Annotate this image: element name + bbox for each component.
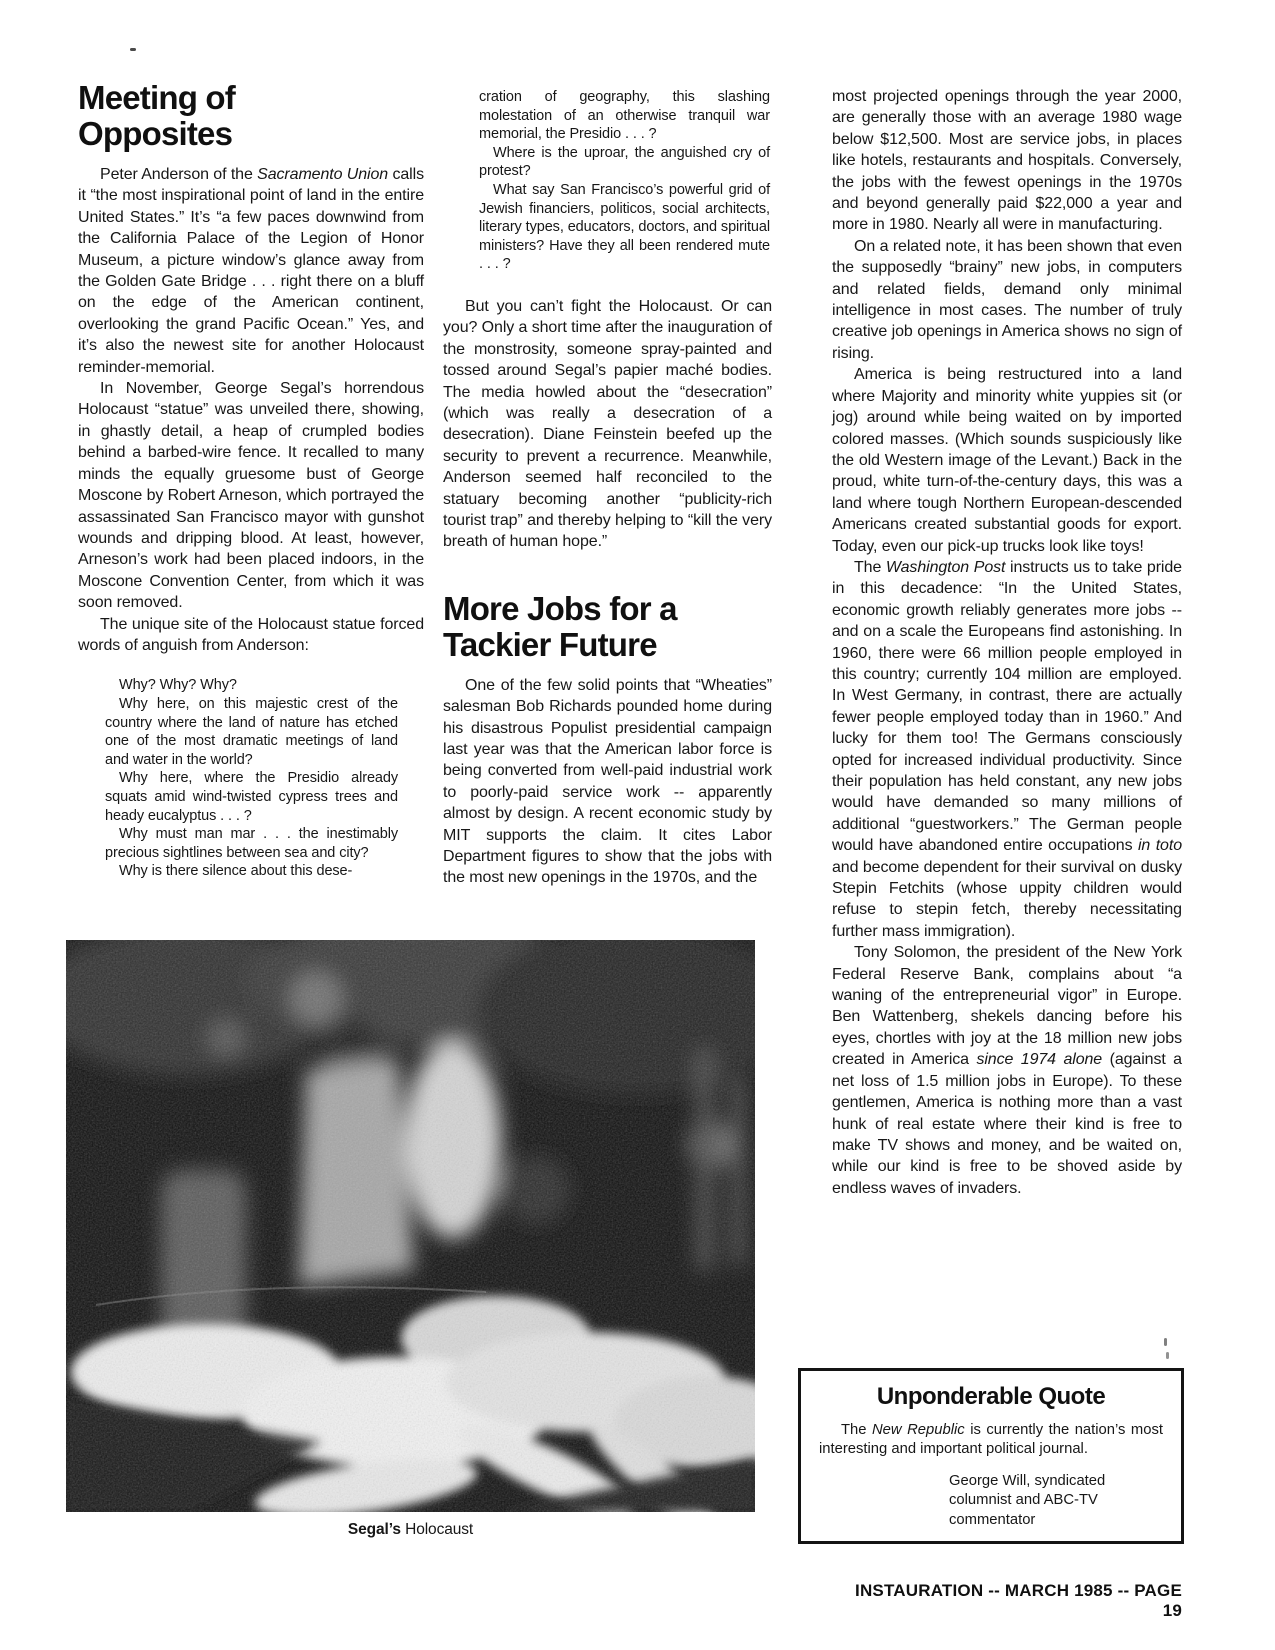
text-segment: in toto: [1138, 837, 1182, 854]
title-line: Meeting of: [78, 80, 424, 116]
text-segment: Peter Anderson of the: [100, 166, 257, 183]
quote-line: What say San Francisco’s powerful grid o…: [479, 181, 770, 274]
text-segment: Sacramento Union: [257, 166, 388, 183]
right-column: most projected openings through the year…: [832, 86, 1182, 1199]
body-paragraph: In November, George Segal’s horrendous H…: [78, 378, 424, 613]
page-footer: INSTAURATION -- MARCH 1985 -- PAGE 19: [832, 1581, 1182, 1621]
magazine-page: Meeting of Opposites Peter Anderson of t…: [0, 0, 1275, 1650]
body-paragraph: America is being restructured into a lan…: [832, 364, 1182, 557]
body-paragraph: most projected openings through the year…: [832, 86, 1182, 236]
text-segment: The unique site of the Holocaust statue …: [78, 616, 424, 654]
photo-caption: Segal’s Holocaust: [66, 1521, 755, 1539]
anderson-quote-continuation: cration of geography, this slashing mole…: [479, 88, 770, 274]
scan-speck: [1166, 1352, 1169, 1359]
text-segment: Tony Solomon, the president of the New Y…: [832, 944, 1182, 1068]
quote-line: Why must man mar . . . the inestimably p…: [105, 825, 398, 862]
quote-line: cration of geography, this slashing mole…: [479, 88, 770, 144]
body-paragraph: On a related note, it has been shown tha…: [832, 236, 1182, 364]
text-segment: The: [841, 1422, 872, 1438]
body-paragraph: But you can’t fight the Holocaust. Or ca…: [443, 296, 772, 553]
quote-line: Why is there silence about this dese-: [105, 862, 398, 881]
text-segment: Segal’s: [348, 1521, 401, 1538]
anderson-quote-block: Why? Why? Why? Why here, on this majesti…: [105, 676, 398, 881]
quote-line: Why here, where the Presidio already squ…: [105, 769, 398, 825]
article-title-meeting-of-opposites: Meeting of Opposites: [78, 80, 424, 152]
title-line: Opposites: [78, 116, 424, 152]
quote-box-body: The New Republic is currently the nation…: [819, 1421, 1163, 1460]
text-segment: But you can’t fight the Holocaust. Or ca…: [443, 298, 772, 550]
title-line: Tackier Future: [443, 627, 772, 663]
text-segment: most projected openings through the year…: [832, 88, 1182, 233]
text-segment: Holocaust: [401, 1521, 473, 1538]
text-segment: since 1974 alone: [976, 1051, 1102, 1068]
scan-speck: [130, 48, 136, 51]
body-paragraph: The unique site of the Holocaust statue …: [78, 614, 424, 657]
quote-line: Why? Why? Why?: [105, 676, 398, 695]
scan-speck: [1164, 1338, 1167, 1346]
quote-box-title: Unponderable Quote: [819, 1383, 1163, 1411]
text-segment: Washington Post: [886, 559, 1005, 576]
text-segment: calls it “the most inspirational point o…: [78, 166, 424, 376]
middle-column: cration of geography, this slashing mole…: [443, 88, 772, 889]
body-paragraph: The Washington Post instructs us to take…: [832, 557, 1182, 942]
title-line: More Jobs for a: [443, 591, 772, 627]
photo-illustration: [66, 940, 755, 1512]
text-segment: America is being restructured into a lan…: [832, 366, 1182, 554]
text-segment: In November, George Segal’s horrendous H…: [78, 380, 424, 611]
body-paragraph: Tony Solomon, the president of the New Y…: [832, 942, 1182, 1199]
segal-holocaust-photo: [66, 940, 755, 1512]
unponderable-quote-box: Unponderable Quote The New Republic is c…: [798, 1368, 1184, 1544]
text-segment: The: [854, 559, 886, 576]
text-segment: On a related note, it has been shown tha…: [832, 238, 1182, 362]
text-segment: (against a net loss of 1.5 million jobs …: [832, 1051, 1182, 1196]
quote-line: Why here, on this majestic crest of the …: [105, 695, 398, 769]
text-segment: instructs us to take pride in this decad…: [832, 559, 1182, 854]
quote-box-attribution: George Will, syndicated columnist and AB…: [949, 1472, 1149, 1530]
text-segment: and become dependent for their survival …: [832, 859, 1182, 940]
text-segment: One of the few solid points that “Wheati…: [443, 677, 772, 887]
left-column: Meeting of Opposites Peter Anderson of t…: [78, 80, 424, 881]
body-paragraph: One of the few solid points that “Wheati…: [443, 675, 772, 889]
body-paragraph: Peter Anderson of the Sacramento Union c…: [78, 164, 424, 378]
article-title-more-jobs-tackier-future: More Jobs for a Tackier Future: [443, 591, 772, 663]
text-segment: New Republic: [872, 1422, 965, 1438]
quote-line: Where is the uproar, the anguished cry o…: [479, 144, 770, 181]
